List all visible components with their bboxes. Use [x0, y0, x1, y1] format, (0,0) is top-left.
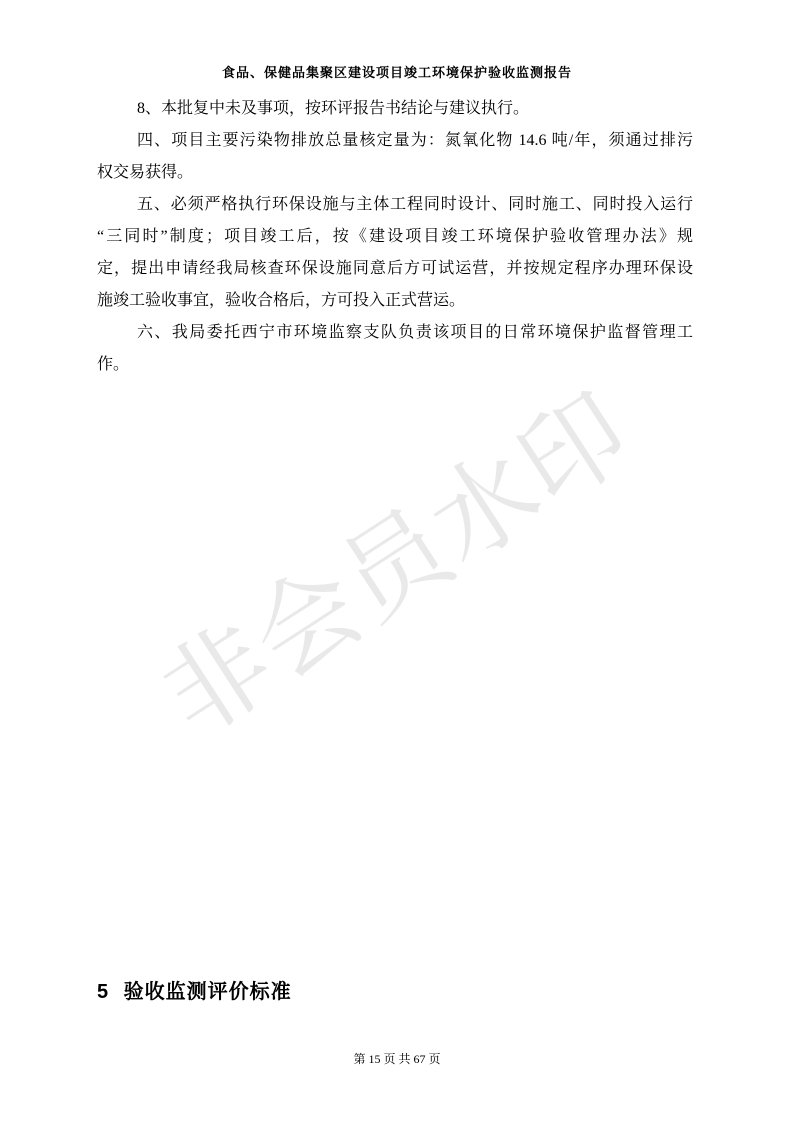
- body-text-line: 定，提出申请经我局核查环保设施同意后方可试运营，并按规定程序办理环保设: [97, 253, 693, 285]
- document-body: 8、本批复中未及事项，按环评报告书结论与建议执行。 四、项目主要污染物排放总量核…: [97, 93, 693, 381]
- body-text-line: 四、项目主要污染物排放总量核定量为：氮氧化物 14.6 吨/年，须通过排污: [97, 125, 693, 157]
- body-text-line: 五、必须严格执行环保设施与主体工程同时设计、同时施工、同时投入运行: [97, 189, 693, 221]
- body-text-line: “三同时”制度；项目竣工后，按《建设项目竣工环境保护验收管理办法》规: [97, 221, 693, 253]
- page-footer-indicator: 第 15 页 共 67 页: [0, 1050, 794, 1067]
- section-heading: 5 验收监测评价标准: [97, 975, 292, 1004]
- body-text-line: 8、本批复中未及事项，按环评报告书结论与建议执行。: [97, 93, 693, 125]
- document-page: 食品、保健品集聚区建设项目竣工环境保护验收监测报告 非会员水印 8、本批复中未及…: [0, 0, 794, 1122]
- body-text-line: 六、我局委托西宁市环境监察支队负责该项目的日常环境保护监督管理工: [97, 317, 693, 349]
- body-text-line: 施竣工验收事宜，验收合格后，方可投入正式营运。: [97, 285, 693, 317]
- body-text-line: 权交易获得。: [97, 157, 693, 189]
- body-text-line: 作。: [97, 349, 693, 381]
- running-header-title: 食品、保健品集聚区建设项目竣工环境保护验收监测报告: [0, 62, 794, 81]
- watermark-text: 非会员水印: [146, 377, 647, 753]
